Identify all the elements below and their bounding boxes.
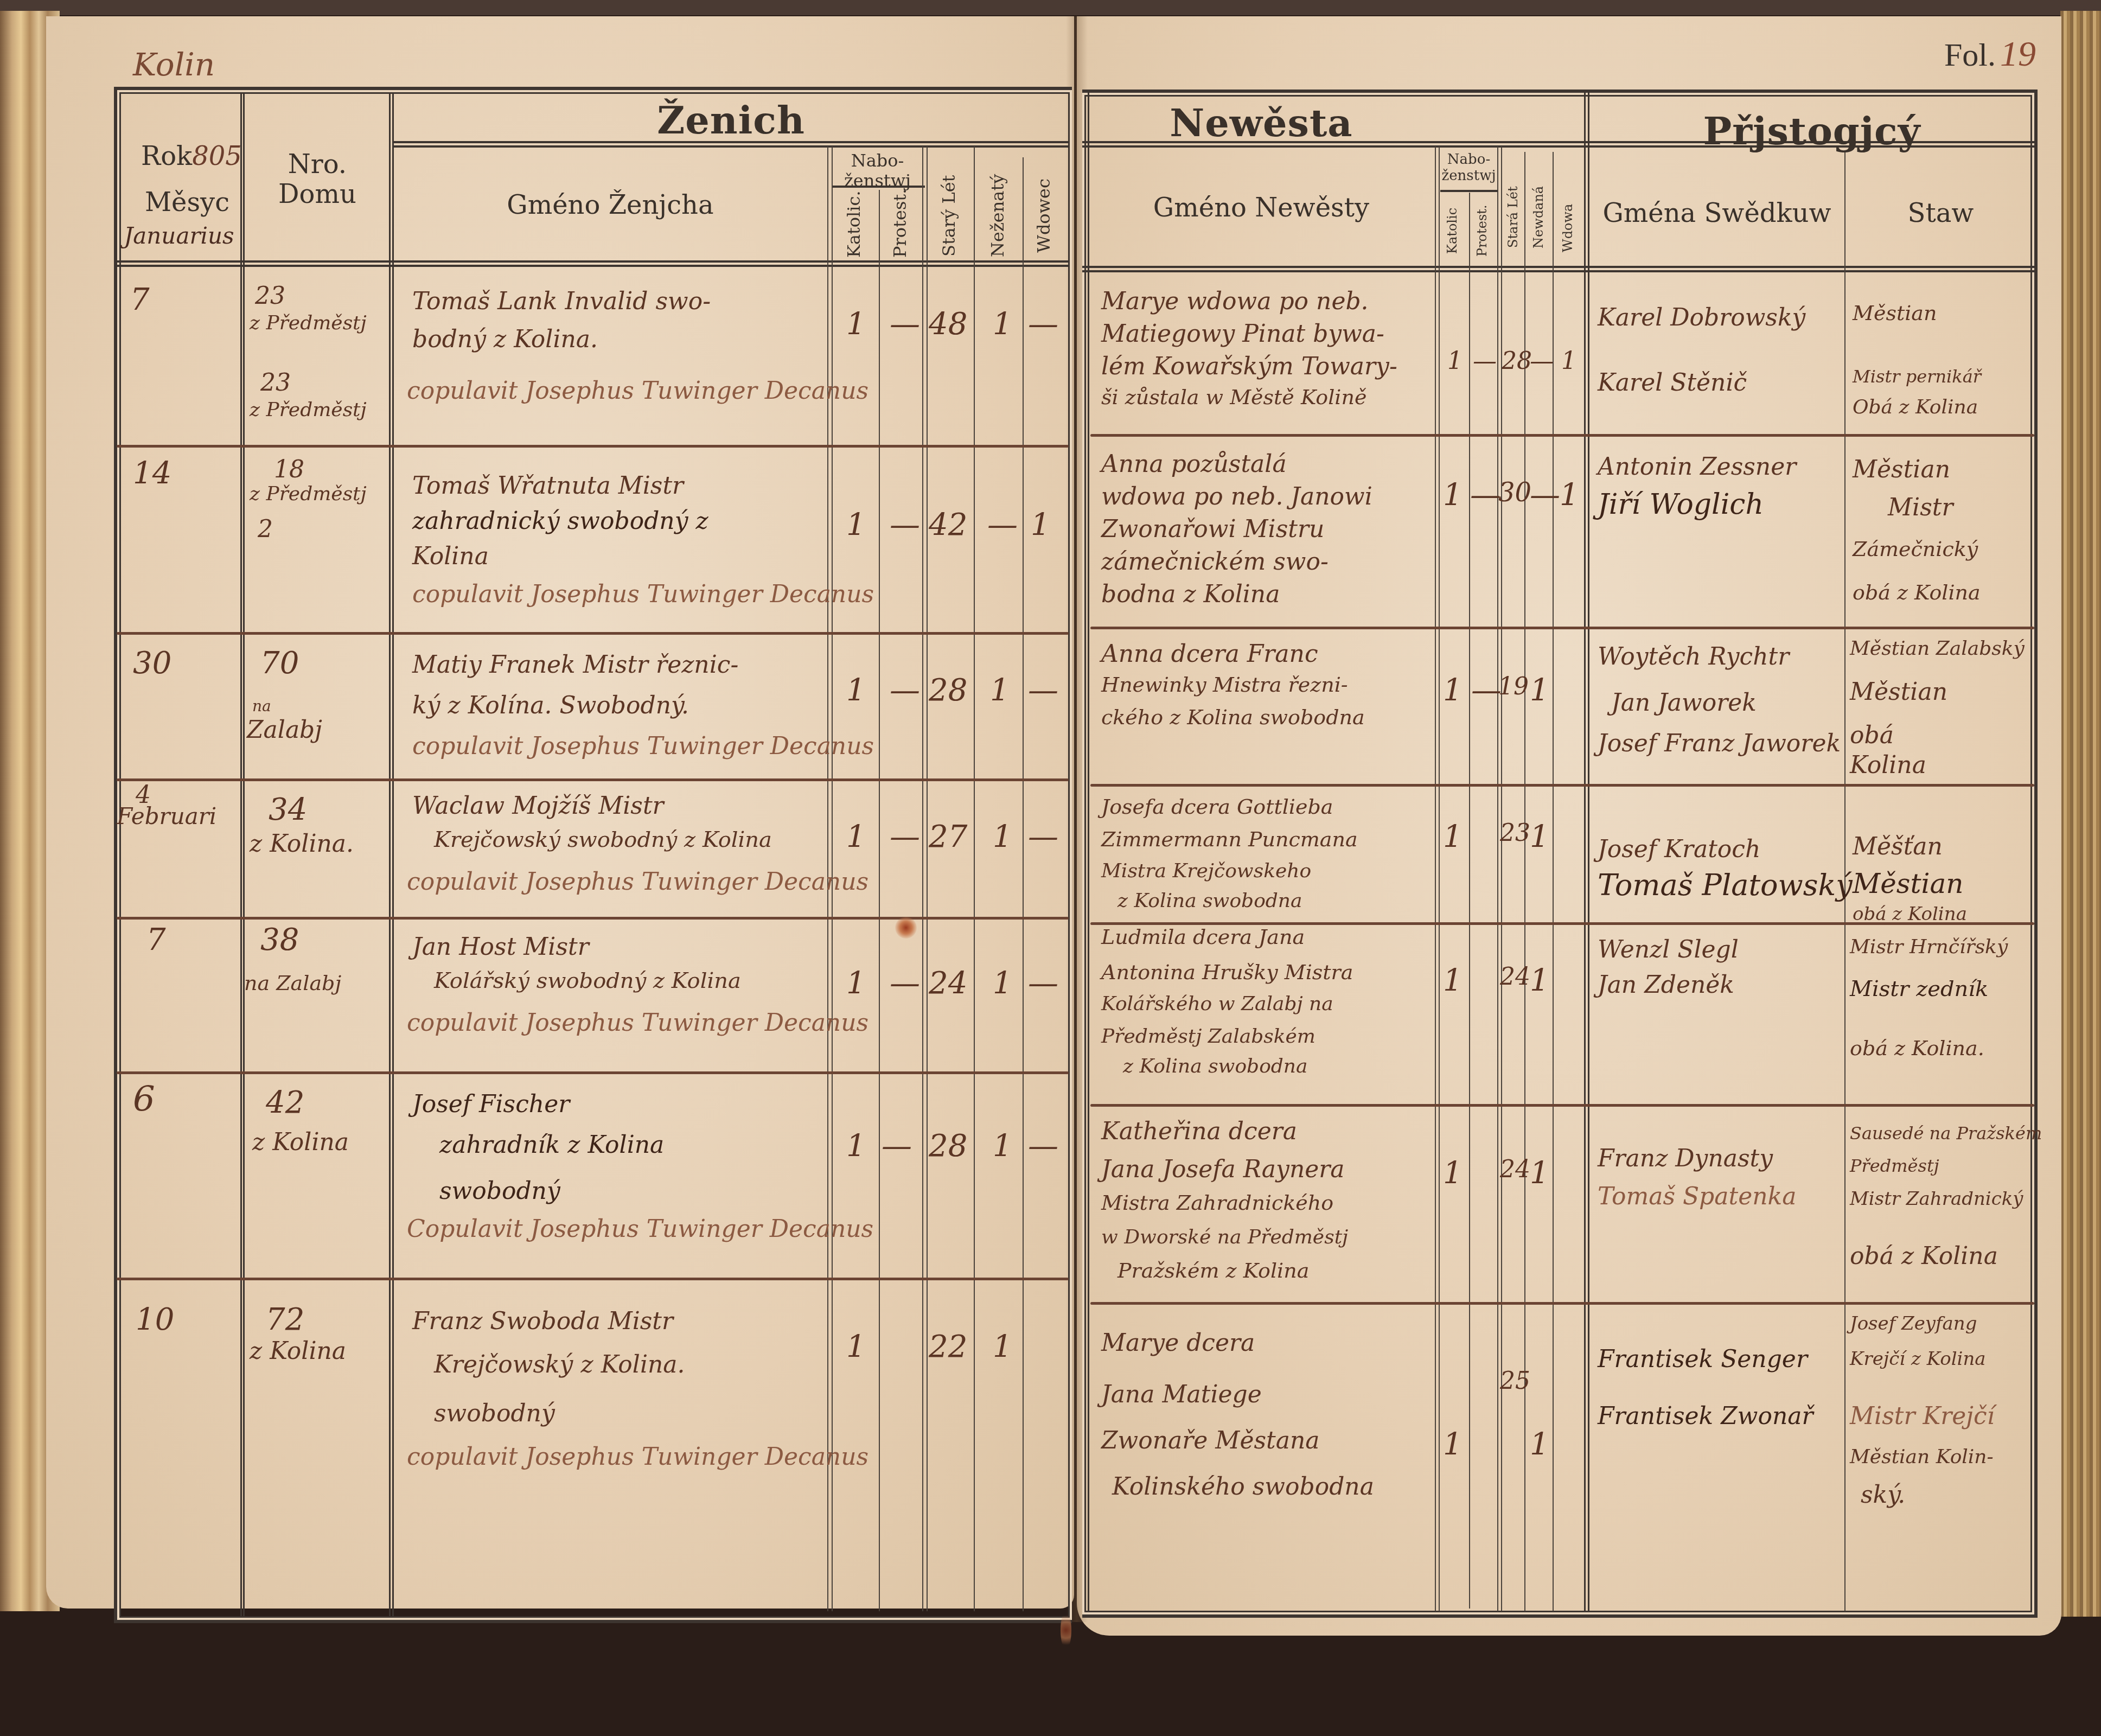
house-number: 18 <box>274 456 304 483</box>
groom-age: 28 <box>929 673 967 708</box>
witness-status: Sausedé na Pražském <box>1850 1123 2042 1144</box>
witness-status: ský. <box>1861 1481 1905 1509</box>
groom-name-line: swobodný <box>434 1400 555 1427</box>
house-location: z Kolina. <box>250 830 354 858</box>
row-separator <box>1090 434 2034 437</box>
groom-name-line: swobodný <box>439 1177 560 1205</box>
groom-widower-header: Wdowec <box>1033 174 1054 258</box>
bride-widow-mark: 1 <box>1560 477 1579 513</box>
bride-name-line: Josefa dcera Gottlieba <box>1101 795 1333 819</box>
witness-status: Předměstj <box>1850 1156 1939 1176</box>
entry-day: 7 <box>130 282 150 317</box>
bride-catholic-mark: 1 <box>1443 673 1463 708</box>
witness-status: obá z Kolina <box>1853 903 1967 925</box>
entry-day: 6 <box>133 1080 155 1120</box>
bride-name-line: Marye dcera <box>1101 1329 1255 1357</box>
groom-widower-mark: — <box>1028 966 1058 1001</box>
groom-single-mark: — <box>987 507 1018 542</box>
bride-name-line: Kolářského w Zalabj na <box>1101 993 1333 1015</box>
house-location: z Kolina <box>252 1128 349 1156</box>
witness-status: Městian Kolin- <box>1850 1446 1994 1468</box>
bride-name-line: Katheřina dcera <box>1101 1118 1297 1145</box>
bride-name-line: z Kolina swobodna <box>1123 1055 1308 1077</box>
groom-protestant-mark: — <box>882 1128 912 1164</box>
bride-name-line: Pražském z Kolina <box>1117 1259 1309 1282</box>
col-divider <box>974 146 975 1611</box>
bride-single-header: Newdaná <box>1531 174 1546 260</box>
witness-name: Woytěch Rychtr <box>1598 643 1789 671</box>
groom-catholic-mark: 1 <box>846 507 866 542</box>
house-number: 23 <box>260 369 291 397</box>
groom-age: 42 <box>929 507 967 542</box>
col-divider <box>1088 92 1089 1611</box>
bride-age: 25 <box>1500 1367 1530 1395</box>
house-location: z Kolina <box>250 1337 346 1365</box>
house-number: 23 <box>255 282 285 310</box>
location-note: Kolin <box>133 46 215 83</box>
bride-name-line: Zwonaře Městana <box>1101 1427 1320 1454</box>
groom-age: 24 <box>929 966 967 1001</box>
witness-status: Mistr pernikář <box>1853 366 1981 387</box>
bride-age-header: Stará Lét <box>1505 174 1521 260</box>
witness-name: Antonin Zessner <box>1598 453 1796 481</box>
bride-name-line: Matiegowy Pinat bywa- <box>1101 320 1384 348</box>
bride-name-line: bodna z Kolina <box>1101 580 1280 608</box>
groom-widower-mark: — <box>1028 673 1058 708</box>
groom-name-line: Jan Host Mistr <box>412 933 589 961</box>
ink-stain <box>1061 1611 1071 1649</box>
officiant-note: Copulavit Josephus Tuwinger Decanus <box>407 1215 873 1243</box>
witness-status: obá z Kolina <box>1850 1242 1998 1270</box>
witness-name: Karel Stěnič <box>1598 369 1747 397</box>
witness-name: Tomaš Platowský <box>1598 868 1853 902</box>
bride-single-mark: 1 <box>1530 1427 1549 1462</box>
house-location: na <box>252 697 271 715</box>
bride-widow-header: Wdowa <box>1560 195 1575 260</box>
month-label: Měsyc <box>136 187 239 218</box>
bride-name-line: Zwonařowi Mistru <box>1101 515 1324 543</box>
bride-protestant-header: Protest. <box>1474 198 1490 263</box>
groom-catholic-mark: 1 <box>846 673 866 708</box>
groom-widower-mark: 1 <box>1031 507 1050 542</box>
witness-status: Městian Zalabský <box>1850 637 2025 660</box>
bride-name-line: Anna pozůstalá <box>1101 450 1287 478</box>
folio-prefix: Fol. <box>1944 37 1996 73</box>
groom-single-mark: 1 <box>993 307 1012 342</box>
groom-catholic-mark: 1 <box>846 307 866 342</box>
groom-age: 48 <box>929 307 967 342</box>
officiant-note: copulavit Josephus Tuwinger Decanus <box>412 580 874 608</box>
col-divider <box>240 92 242 1617</box>
bride-single-mark: — <box>1530 347 1554 375</box>
bride-age: 23 <box>1500 819 1530 847</box>
house-location: Zalabj <box>247 716 322 744</box>
bride-catholic-mark: 1 <box>1443 819 1463 854</box>
religion-header-line2: ženstwj <box>1440 168 1497 184</box>
house-number: 2 <box>258 515 273 543</box>
groom-protestant-header: Protest. <box>890 195 910 258</box>
officiant-note: copulavit Josephus Tuwinger Decanus <box>407 1009 869 1037</box>
bride-name-line: zámečnickém swo- <box>1101 548 1329 576</box>
house-number: 38 <box>260 922 299 958</box>
groom-widower-mark: — <box>1028 1128 1058 1164</box>
book-top-edge <box>0 0 2101 15</box>
witness-name: Jan Zdeněk <box>1598 971 1734 999</box>
groom-age: 27 <box>929 819 967 854</box>
bride-name-line: Jana Josefa Raynera <box>1101 1156 1345 1183</box>
witness-name: Wenzl Slegl <box>1598 936 1739 963</box>
groom-name-line: Kolářský swobodný z Kolina <box>434 968 741 993</box>
bride-age: 28 <box>1502 347 1532 375</box>
bride-name-line: Marye wdowa po neb. <box>1101 288 1369 315</box>
book-page-stack-right <box>2060 11 2101 1617</box>
col-divider <box>1497 146 1498 1611</box>
witness-name: Karel Dobrowský <box>1598 304 1805 331</box>
bride-single-mark: 1 <box>1530 1156 1549 1191</box>
groom-protestant-mark: — <box>890 507 920 542</box>
witness-status: obá z Kolina <box>1853 580 1981 604</box>
bride-name-line: Zimmermann Puncmana <box>1101 827 1358 851</box>
groom-name-line: Waclaw Mojžíš Mistr <box>412 792 664 820</box>
bride-name-line: Jana Matiege <box>1101 1381 1262 1408</box>
bride-name-line: Anna dcera Franc <box>1101 640 1318 668</box>
year-label: Rok <box>141 141 192 171</box>
col-divider <box>392 92 394 1617</box>
row-separator <box>117 632 1069 635</box>
witness-name: Jiří Woglich <box>1598 488 1764 521</box>
groom-age: 28 <box>929 1128 967 1164</box>
witness-name: Frantisek Senger <box>1598 1345 1808 1373</box>
witness-status: obá <box>1850 722 1894 749</box>
entry-day: 7 <box>146 922 166 958</box>
bride-name-line: Kolinského swobodna <box>1112 1473 1374 1501</box>
groom-single-mark: 1 <box>993 1329 1012 1364</box>
house-number-header-line1: Nro. <box>247 149 388 180</box>
col-divider <box>879 190 880 1611</box>
groom-name-line: bodný z Kolina. <box>412 325 598 353</box>
bride-protestant-mark: — <box>1473 347 1497 375</box>
entry-day: 10 <box>136 1302 174 1337</box>
bride-name-line: ckého z Kolina swobodna <box>1101 705 1365 729</box>
witness-status-header: Staw <box>1847 198 2034 228</box>
bride-name-line: Předměstj Zalabském <box>1101 1025 1315 1048</box>
ink-stain <box>895 917 917 939</box>
groom-name-line: Josef Fischer <box>412 1090 570 1118</box>
witness-section-title: Přjstogjcý <box>1589 108 2034 154</box>
groom-catholic-mark: 1 <box>846 966 866 1001</box>
header-bottom-divider-right <box>1082 266 2034 272</box>
groom-name-line: Kolina <box>412 542 489 570</box>
witness-name: Josef Kratoch <box>1598 835 1760 863</box>
groom-single-mark: 1 <box>993 819 1012 854</box>
groom-protestant-mark: — <box>890 307 920 342</box>
col-divider <box>1023 157 1024 1611</box>
col-divider <box>927 146 928 1611</box>
witness-name: Tomaš Spatenka <box>1598 1183 1796 1210</box>
groom-name-line: Krejčowský z Kolina. <box>434 1351 685 1378</box>
row-separator <box>1090 1302 2034 1305</box>
bride-single-mark: 1 <box>1530 673 1549 708</box>
witness-status: Mistr Krejčí <box>1850 1402 1995 1430</box>
religion-header-line1: Nabo- <box>1440 152 1497 168</box>
row-separator <box>117 917 1069 920</box>
col-divider <box>922 146 923 1611</box>
bride-name-line: Ludmila dcera Jana <box>1101 925 1305 949</box>
witness-status: Mistr zedník <box>1850 976 1988 1001</box>
witness-status: Mistr Zahradnický <box>1850 1188 2023 1210</box>
bride-protestant-mark: — <box>1471 673 1502 708</box>
col-divider <box>389 92 391 1617</box>
groom-name-line: Matiy Franek Mistr řeznic- <box>412 651 738 679</box>
row-separator <box>117 778 1069 781</box>
bride-protestant-mark: — <box>1470 477 1500 513</box>
witness-name: Franz Dynasty <box>1598 1145 1773 1172</box>
officiant-note: copulavit Josephus Tuwinger Decanus <box>407 377 869 405</box>
bride-religion-header: Nabo- ženstwj <box>1440 152 1497 184</box>
witness-status: Mistr Hrnčířský <box>1850 936 2008 958</box>
house-location: z Předměstj <box>250 312 367 334</box>
house-number-header-line2: Domu <box>247 179 388 209</box>
witness-status: Mistr <box>1888 494 1953 521</box>
entry-day: 14 <box>133 456 171 491</box>
bride-name-line: Mistra Krejčowskeho <box>1101 860 1311 882</box>
groom-single-mark: 1 <box>993 1128 1012 1164</box>
col-divider <box>243 92 245 1617</box>
header-bottom-divider-left <box>114 260 1069 267</box>
witness-status: obá z Kolina. <box>1850 1036 1984 1060</box>
col-divider <box>1435 146 1436 1611</box>
bride-age: 24 <box>1500 963 1530 991</box>
witness-name: Josef Franz Jaworek <box>1598 730 1841 757</box>
row-separator <box>117 445 1069 448</box>
groom-protestant-mark: — <box>890 673 920 708</box>
bride-name-line: lém Kowařským Towary- <box>1101 353 1397 380</box>
witness-status: Měšťan <box>1853 833 1943 860</box>
bride-name-line: wdowa po neb. Janowi <box>1101 483 1372 510</box>
house-number: 34 <box>269 792 307 827</box>
house-number: 72 <box>266 1302 304 1337</box>
witness-status: Městian <box>1853 868 1964 899</box>
bride-single-mark: 1 <box>1530 963 1549 998</box>
officiant-note: copulavit Josephus Tuwinger Decanus <box>407 868 869 896</box>
groom-age: 22 <box>929 1329 967 1364</box>
officiant-note: copulavit Josephus Tuwinger Decanus <box>412 732 874 760</box>
bride-catholic-mark: 1 <box>1443 1156 1463 1191</box>
witness-status: Zámečnický <box>1853 537 1978 561</box>
witness-names-header: Gména Swědkuw <box>1589 198 1844 228</box>
bride-age: 19 <box>1498 673 1529 700</box>
col-divider <box>1584 92 1586 1611</box>
witness-status: Městian <box>1853 456 1950 483</box>
groom-name-line: ký z Kolína. Swobodný. <box>412 692 689 719</box>
bride-name-line: Antonina Hrušky Mistra <box>1101 960 1353 984</box>
witness-status: Městian <box>1853 301 1937 325</box>
groom-name-line: Tomaš Lank Invalid swo- <box>412 288 711 315</box>
house-number: 70 <box>260 646 299 681</box>
bride-section-title: Newěsta <box>1088 100 1435 145</box>
groom-widower-mark: — <box>1028 307 1058 342</box>
religion-header-line2: ženstwj <box>833 171 922 191</box>
witness-status: Kolina <box>1850 751 1926 779</box>
row-separator <box>1090 784 2034 787</box>
groom-single-mark: 1 <box>990 673 1010 708</box>
witness-status: Obá z Kolina <box>1853 396 1978 418</box>
entry-day: 30 <box>133 646 171 681</box>
bride-name-header: Gméno Newěsty <box>1088 193 1435 223</box>
groom-single-mark: 1 <box>993 966 1012 1001</box>
groom-catholic-header: Katolic. <box>844 195 864 258</box>
groom-protestant-mark: — <box>890 966 920 1001</box>
groom-catholic-mark: 1 <box>846 819 866 854</box>
bride-name-line: ši zůstala w Městě Kolině <box>1101 385 1366 409</box>
groom-name-line: Franz Swoboda Mistr <box>412 1307 673 1335</box>
col-divider <box>1588 92 1589 1611</box>
bride-age: 30 <box>1498 477 1531 508</box>
bride-name-line: w Dworské na Předměstj <box>1101 1226 1348 1248</box>
groom-name-line: Krejčowský swobodný z Kolina <box>434 827 772 852</box>
bride-widow-mark: 1 <box>1561 347 1576 375</box>
row-separator <box>1090 1104 2034 1107</box>
row-separator <box>1090 627 2034 629</box>
bride-name-line: Hnewinky Mistra řezni- <box>1101 673 1348 697</box>
month-value: Januarius <box>117 222 241 249</box>
bride-single-mark: — <box>1530 477 1560 513</box>
witness-name: Jan Jaworek <box>1611 689 1757 717</box>
house-location: na Zalabj <box>244 971 341 995</box>
witness-status: Městian <box>1850 678 1947 706</box>
house-location: z Předměstj <box>250 483 367 505</box>
witness-status: Josef Zeyfang <box>1850 1313 1977 1335</box>
religion-header-line1: Nabo- <box>833 151 922 171</box>
groom-catholic-mark: 1 <box>846 1128 866 1164</box>
groom-widower-mark: — <box>1028 819 1058 854</box>
bride-catholic-mark: 1 <box>1443 963 1463 998</box>
row-separator <box>117 1278 1069 1280</box>
row-separator <box>117 1071 1069 1074</box>
groom-religion-header: Nabo- ženstwj <box>833 151 922 191</box>
bride-name-line: Mistra Zahradnického <box>1101 1191 1333 1215</box>
groom-age-header: Starý Lét <box>938 174 959 258</box>
folio-label: Fol.19 <box>1944 34 2036 75</box>
bride-catholic-mark: 1 <box>1443 1427 1463 1462</box>
bride-catholic-mark: 1 <box>1443 477 1463 513</box>
groom-name-line: zahradník z Kolina <box>439 1131 664 1159</box>
bride-catholic-mark: 1 <box>1447 347 1463 375</box>
groom-name-header: Gméno Ženjcha <box>393 190 827 220</box>
witness-status: Krejčí z Kolina <box>1850 1348 1986 1370</box>
col-divider <box>1439 146 1440 1611</box>
col-divider <box>1469 193 1470 1609</box>
groom-section-title: Ženich <box>393 98 1069 143</box>
witness-name: Frantisek Zwonař <box>1598 1402 1813 1430</box>
year-header: Rok805 <box>141 141 239 171</box>
bride-name-line: z Kolina swobodna <box>1117 890 1302 912</box>
house-location: z Předměstj <box>250 399 367 421</box>
house-number: 42 <box>266 1085 304 1120</box>
groom-name-line: Tomaš Wřatnuta Mistr <box>412 472 684 500</box>
bride-single-mark: 1 <box>1530 819 1549 854</box>
groom-single-header: Neženatý <box>987 174 1008 258</box>
officiant-note: copulavit Josephus Tuwinger Decanus <box>407 1443 869 1471</box>
bride-age: 24 <box>1500 1156 1530 1183</box>
groom-catholic-mark: 1 <box>846 1329 866 1364</box>
bride-catholic-header: Katolic <box>1445 198 1460 263</box>
groom-name-line: zahradnický swobodný z <box>412 507 708 535</box>
folio-number: 19 <box>2000 34 2036 74</box>
groom-protestant-mark: — <box>890 819 920 854</box>
year-value: 805 <box>192 141 242 171</box>
entry-month: Februari <box>117 803 216 829</box>
